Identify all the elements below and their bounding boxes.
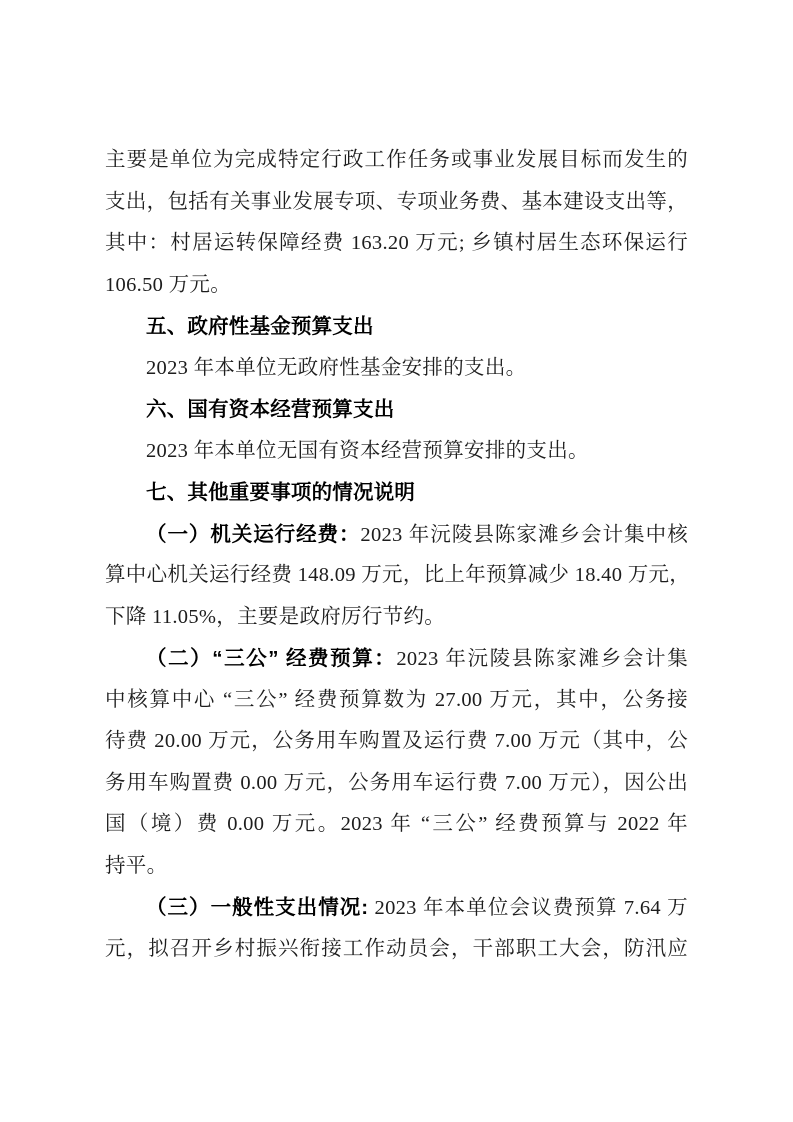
bold-text-segment: 五、政府性基金预算支出 (146, 315, 374, 338)
text-segment: 其中：村居运转保障经费 163.20 万元; 乡镇村居生态环保运行 (105, 232, 688, 254)
text-block: 主要是单位为完成特定行政工作任务或事业发展目标而发生的支出，包括有关事业发展专项… (105, 140, 688, 970)
text-segment: 主要是单位为完成特定行政工作任务或事业发展目标而发生的 (105, 149, 688, 171)
text-line: （三）一般性支出情况: 2023 年本单位会议费预算 7.64 万 (105, 887, 688, 929)
text-line: 五、政府性基金预算支出 (105, 306, 688, 348)
text-line: 待费 20.00 万元，公务用车购置及运行费 7.00 万元（其中，公 (105, 721, 688, 763)
text-line: 算中心机关运行经费 148.09 万元，比上年预算减少 18.40 万元， (105, 555, 688, 597)
text-line: 2023 年本单位无国有资本经营预算安排的支出。 (105, 431, 688, 473)
document-page: 主要是单位为完成特定行政工作任务或事业发展目标而发生的支出，包括有关事业发展专项… (0, 0, 793, 1122)
text-line: 中核算中心 “三公” 经费预算数为 27.00 万元，其中，公务接 (105, 680, 688, 722)
text-segment: 算中心机关运行经费 148.09 万元，比上年预算减少 18.40 万元， (105, 564, 690, 586)
text-segment: 下降 11.05%，主要是政府厉行节约。 (105, 606, 445, 628)
text-segment: 2023 年沅陵县陈家滩乡会计集 (396, 648, 688, 670)
text-segment: 2023 年本单位无政府性基金安排的支出。 (146, 357, 526, 379)
text-segment: 待费 20.00 万元，公务用车购置及运行费 7.00 万元（其中，公 (105, 730, 688, 752)
text-line: （二）“三公” 经费预算：2023 年沅陵县陈家滩乡会计集 (105, 638, 688, 680)
text-segment: 元，拟召开乡村振兴衔接工作动员会，干部职工大会，防汛应 (105, 938, 688, 960)
text-segment: 支出，包括有关事业发展专项、专项业务费、基本建设支出等， (105, 191, 688, 213)
text-segment: 持平。 (105, 855, 167, 877)
bold-text-segment: （二）“三公” 经费预算： (146, 647, 396, 670)
text-line: 务用车购置费 0.00 万元，公务用车运行费 7.00 万元），因公出 (105, 763, 688, 805)
text-line: 下降 11.05%，主要是政府厉行节约。 (105, 597, 688, 639)
text-segment: 务用车购置费 0.00 万元，公务用车运行费 7.00 万元），因公出 (105, 772, 688, 794)
bold-text-segment: 七、其他重要事项的情况说明 (146, 481, 415, 504)
text-segment: 国（境）费 0.00 万元。2023 年 “三公” 经费预算与 2022 年 (105, 813, 688, 835)
text-line: 106.50 万元。 (105, 265, 688, 307)
text-segment: 中核算中心 “三公” 经费预算数为 27.00 万元，其中，公务接 (105, 689, 688, 711)
text-line: 支出，包括有关事业发展专项、专项业务费、基本建设支出等， (105, 182, 688, 224)
text-segment: 106.50 万元。 (105, 274, 231, 296)
text-line: 2023 年本单位无政府性基金安排的支出。 (105, 348, 688, 390)
text-line: 元，拟召开乡村振兴衔接工作动员会，干部职工大会，防汛应 (105, 929, 688, 971)
text-line: 国（境）费 0.00 万元。2023 年 “三公” 经费预算与 2022 年 (105, 804, 688, 846)
text-segment: 2023 年沅陵县陈家滩乡会计集中核 (360, 524, 688, 546)
text-line: 七、其他重要事项的情况说明 (105, 472, 688, 514)
text-segment: 2023 年本单位无国有资本经营预算安排的支出。 (146, 440, 589, 462)
text-line: 主要是单位为完成特定行政工作任务或事业发展目标而发生的 (105, 140, 688, 182)
bold-text-segment: （三）一般性支出情况: (146, 896, 368, 919)
text-line: （一）机关运行经费：2023 年沅陵县陈家滩乡会计集中核 (105, 514, 688, 556)
bold-text-segment: （一）机关运行经费： (146, 523, 360, 546)
bold-text-segment: 六、国有资本经营预算支出 (146, 398, 394, 421)
text-line: 其中：村居运转保障经费 163.20 万元; 乡镇村居生态环保运行 (105, 223, 688, 265)
text-line: 六、国有资本经营预算支出 (105, 389, 688, 431)
text-line: 持平。 (105, 846, 688, 888)
text-segment: 2023 年本单位会议费预算 7.64 万 (368, 897, 688, 919)
